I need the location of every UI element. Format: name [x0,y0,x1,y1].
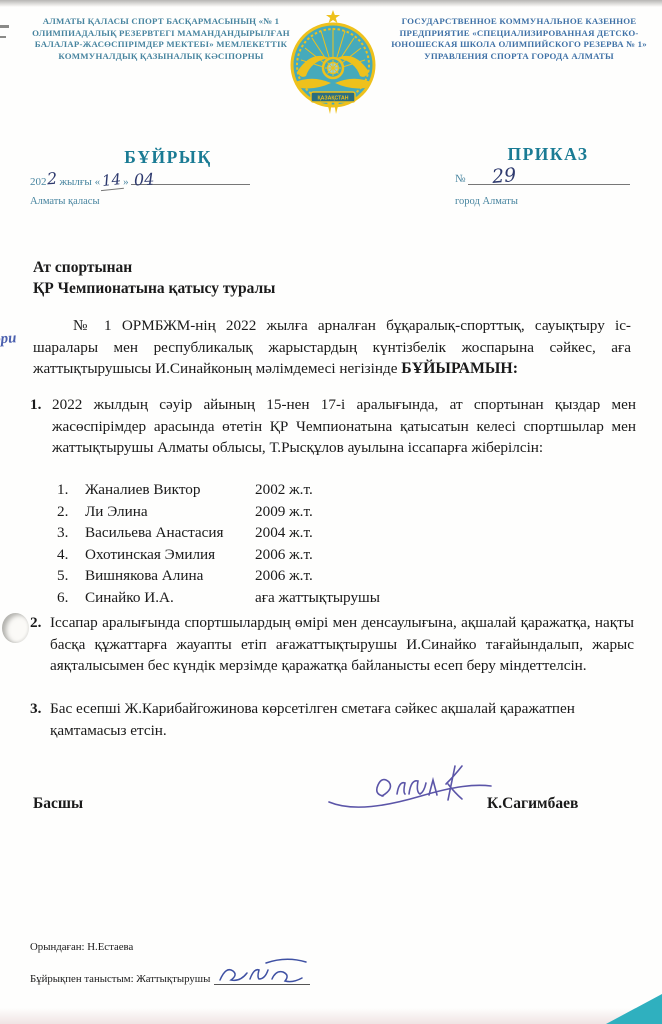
scanned-order-document: { "header": { "left_org": "АЛМАТЫ ҚАЛАСЫ… [0,0,662,1024]
athlete-number: 4. [57,546,85,564]
list-item: 5. Вишнякова Алина 2006 ж.т. [57,567,380,589]
acquainted-line: Бұйрықпен таныстым: Жаттықтырушы [30,958,310,985]
athlete-info: 2006 ж.т. [255,567,313,585]
subject-line-1: Ат спортынан [33,258,275,279]
org-name-russian: ГОСУДАРСТВЕННОЕ КОММУНАЛЬНОЕ КАЗЕННОЕ ПР… [388,16,650,62]
signer-name: К.Сагимбаев [487,795,578,813]
item-text: Бас есепші Ж.Карибайгожинова көрсетілген… [50,698,634,741]
athlete-info: 2002 ж.т. [255,481,313,499]
kazakhstan-emblem-icon: ҚАЗАҚСТАН [287,8,379,120]
corner-fold-artifact [606,994,662,1024]
acquainted-label: Бұйрықпен таныстым: Жаттықтырушы [30,973,210,985]
emblem-banner-text: ҚАЗАҚСТАН [317,96,348,102]
date-close-quote: » [123,176,129,188]
list-item: 2. Ли Элина 2009 ж.т. [57,503,380,525]
athlete-number: 6. [57,589,85,607]
director-signature-icon [325,760,495,817]
intro-paragraph: № 1 ОРМБЖМ-нің 2022 жылға арналған бұқар… [33,315,631,381]
athlete-number: 2. [57,503,85,521]
item-number: 2. [30,612,50,677]
place-russian: город Алматы [455,196,518,207]
list-item: 6. Синайко И.А. аға жаттықтырушы [57,589,380,611]
number-label: № [455,173,466,185]
executor-line: Орындаған: Н.Естаева [30,941,133,953]
date-underline [158,172,250,185]
margin-handwriting: ɔри [0,330,17,349]
scan-mark [0,36,6,38]
place-kazakh: Алматы қаласы [30,196,100,207]
order-item-2: 2. Іссапар аралығында спортшылардың өмір… [30,612,634,677]
date-line: 2022 жылғы «14» 04 [30,170,250,190]
handwritten-order-number: 29 [491,164,517,188]
list-item: 3. Васильева Анастасия 2004 ж.т. [57,524,380,546]
signer-position: Басшы [33,795,83,813]
athlete-info: 2004 ж.т. [255,524,313,542]
scan-mark [0,25,9,28]
order-item-1: 1. 2022 жылдың сәуір айының 15-нен 17-і … [30,394,636,459]
date-middle: жылғы « [57,176,100,188]
scan-edge-top [0,0,662,7]
item-number: 1. [30,394,52,459]
doc-title-kazakh: БҰЙРЫҚ [58,147,278,168]
athletes-list: 1. Жаналиев Виктор 2002 ж.т. 2. Ли Элина… [57,481,380,611]
number-underline: 29 [468,170,630,185]
intro-text: № 1 ОРМБЖМ-нің 2022 жылға арналған бұқар… [33,317,631,377]
item-number: 3. [30,698,50,741]
handwritten-year: 2 [46,169,57,189]
subject-line-2: ҚР Чемпионатына қатысу туралы [33,279,275,300]
athlete-name: Васильева Анастасия [85,524,255,542]
order-item-3: 3. Бас есепші Ж.Карибайгожинова көрсетіл… [30,698,634,741]
athlete-info: аға жаттықтырушы [255,589,380,607]
athlete-info: 2009 ж.т. [255,503,313,521]
athlete-number: 5. [57,567,85,585]
athlete-info: 2006 ж.т. [255,546,313,564]
scan-edge-bottom [0,1008,662,1024]
athlete-name: Охотинская Эмилия [85,546,255,564]
handwritten-day: 14 [99,170,124,191]
trainer-signature-icon [214,958,310,985]
item-text: 2022 жылдың сәуір айының 15-нен 17-і ара… [52,394,636,459]
hole-punch-mark [2,613,29,643]
athlete-name: Синайко И.А. [85,589,255,607]
list-item: 1. Жаналиев Виктор 2002 ж.т. [57,481,380,503]
list-item: 4. Охотинская Эмилия 2006 ж.т. [57,546,380,568]
org-name-kazakh: АЛМАТЫ ҚАЛАСЫ СПОРТ БАСҚАРМАСЫНЫҢ «№ 1 О… [30,16,292,62]
athlete-number: 3. [57,524,85,542]
item-text: Іссапар аралығында спортшылардың өмірі м… [50,612,634,677]
subject-heading: Ат спортынан ҚР Чемпионатына қатысу тура… [33,258,275,300]
order-number-line: № 29 [455,170,630,185]
date-prefix: 202 [30,176,47,188]
athlete-name: Ли Элина [85,503,255,521]
doc-title-russian: ПРИКАЗ [438,144,658,165]
handwritten-month: 04 [131,169,158,189]
athlete-name: Жаналиев Виктор [85,481,255,499]
athlete-number: 1. [57,481,85,499]
athlete-name: Вишнякова Алина [85,567,255,585]
intro-emphasis: БҰЙЫРАМЫН: [401,360,518,377]
